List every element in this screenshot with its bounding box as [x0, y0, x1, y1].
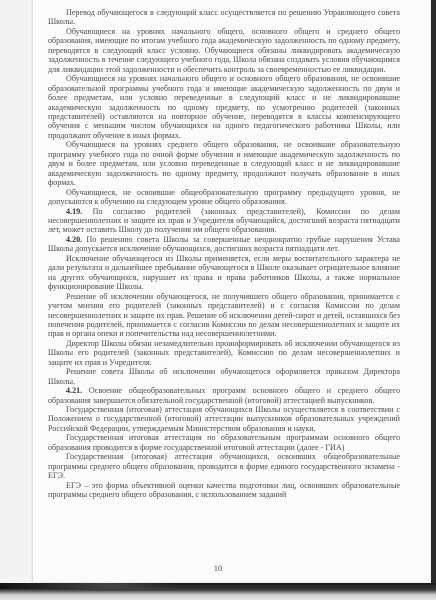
clause-number: 4.21.	[66, 386, 82, 395]
paragraph: Обучающиеся, не освоившие общеобразовате…	[48, 188, 400, 207]
paragraph-text: Обучающиеся на уровнях начального общего…	[48, 27, 400, 74]
paragraph: Решение об исключении обучающегося, не п…	[48, 292, 400, 339]
paragraph: Государственная (итоговая) аттестация об…	[48, 452, 400, 480]
paragraph-text: Государственная итоговая аттестация по о…	[48, 433, 400, 451]
document-body: Перевод обучающегося в следующий класс о…	[48, 8, 400, 500]
paragraph-text: Решение совета Школы об исключении обуча…	[48, 367, 400, 385]
paragraph-text: Перевод обучающегося в следующий класс о…	[48, 8, 400, 26]
paragraph: Обучающиеся на уровнях начального общего…	[48, 74, 400, 140]
paragraph: 4.20. По решению совета Школы за соверше…	[48, 235, 400, 254]
paragraph: 4.19. По согласию родителей (законных пр…	[48, 207, 400, 235]
paragraph: Решение совета Школы об исключении обуча…	[48, 367, 400, 386]
paragraph: Обучающиеся на уровнях начального общего…	[48, 27, 400, 74]
paragraph: Исключение обучающегося из Школы применя…	[48, 254, 400, 292]
paragraph-text: Исключение обучающегося из Школы применя…	[48, 254, 400, 291]
paragraph-text: Решение об исключении обучающегося, не п…	[48, 292, 400, 339]
paragraph: Государственная (итоговая) аттестация об…	[48, 405, 400, 433]
paragraph: ЕГЭ – это форма объективной оценки качес…	[48, 481, 400, 500]
paragraph-text: Обучающиеся, не освоившие общеобразовате…	[48, 188, 400, 206]
clause-number: 4.19.	[66, 207, 82, 216]
paragraph-text: Государственная (итоговая) аттестация об…	[48, 452, 400, 480]
paragraph: Перевод обучающегося в следующий класс о…	[48, 8, 400, 27]
scan-right-edge-shadow	[431, 0, 436, 600]
paragraph: Государственная итоговая аттестация по о…	[48, 433, 400, 452]
paragraph-text: ЕГЭ – это форма объективной оценки качес…	[48, 481, 400, 499]
paragraph-text: Освоение общеобразовательных программ ос…	[48, 386, 400, 404]
page-number: 10	[0, 563, 436, 573]
scan-shadow-streak	[0, 583, 180, 589]
paragraph-text: Обучающиеся на уровнях среднего общего о…	[48, 140, 400, 187]
clause-number: 4.20.	[66, 235, 82, 244]
paragraph-text: По решению совета Школы за совершенные н…	[48, 235, 400, 253]
paragraph: Директор Школы обязан незамедлительно пр…	[48, 339, 400, 367]
paragraph: 4.21. Освоение общеобразовательных прогр…	[48, 386, 400, 405]
paragraph-text: По согласию родителей (законных представ…	[48, 207, 400, 235]
paragraph: Обучающиеся на уровнях среднего общего о…	[48, 140, 400, 187]
paragraph-text: Государственная (итоговая) аттестация об…	[48, 405, 400, 433]
paragraph-text: Директор Школы обязан незамедлительно пр…	[48, 339, 400, 367]
scan-bottom-edge-shadow	[0, 583, 436, 600]
paragraph-text: Обучающиеся на уровнях начального общего…	[48, 74, 400, 140]
